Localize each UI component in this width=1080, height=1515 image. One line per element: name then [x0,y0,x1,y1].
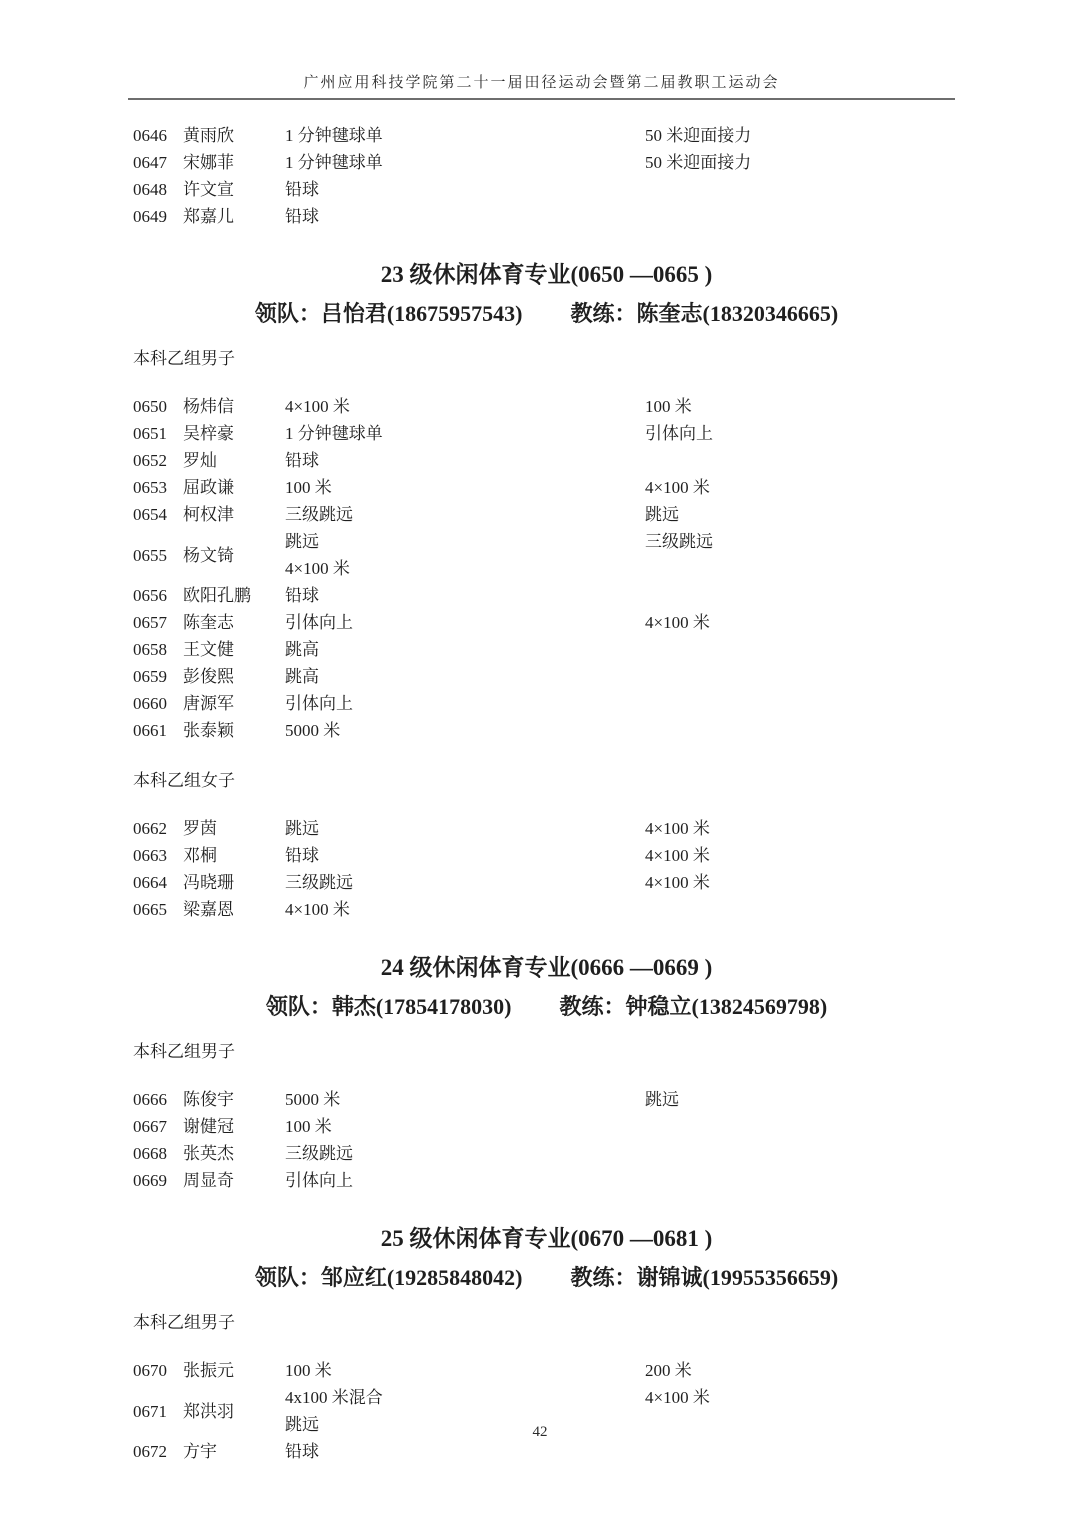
event-primary: 1 分钟毽球单 [285,420,645,447]
athlete-row: 0670 张振元 100 米 200 米 [133,1357,960,1384]
athlete-row: 0650 杨炜信 4×100 米 100 米 [133,393,960,420]
athlete-name: 欧阳孔鹏 [183,582,285,609]
athlete-row: 0672 方宇 铅球 [133,1438,960,1465]
event-secondary: 200 米 [645,1357,960,1384]
leader-info: 领队：邹应红(19285848042) [255,1258,523,1297]
athlete-name: 张振元 [183,1357,285,1384]
athlete-number: 0665 [133,896,183,923]
event-primary: 100 米 [285,1113,645,1140]
event-secondary: 4×100 米 [645,609,960,636]
athlete-name: 谢健冠 [183,1113,285,1140]
event-primary: 跳高 [285,636,645,663]
athlete-number: 0646 [133,122,183,149]
group-label: 本科乙组男子 [133,1310,960,1336]
athlete-group: 本科乙组女子 0662 罗茵 跳远 4×100 米 0663 邓桐 [133,768,960,923]
athlete-number: 0654 [133,501,183,528]
event-primary: 4×100 米 [285,393,645,420]
athlete-row: 0660 唐源军 引体向上 [133,690,960,717]
group-rows: 0666 陈俊宇 5000 米 跳远 0667 谢健冠 100 米 0668 [133,1086,960,1194]
athlete-row: 0667 谢健冠 100 米 [133,1113,960,1140]
athlete-name: 黄雨欣 [183,122,285,149]
event-primary: 三级跳远 [285,1140,645,1167]
athlete-name: 梁嘉恩 [183,896,285,923]
event-primary: 铅球 [285,1438,645,1465]
athlete-number: 0670 [133,1357,183,1384]
athlete-number: 0668 [133,1140,183,1167]
event-primary: 铅球 [285,203,645,230]
athlete-group: 本科乙组男子 0650 杨炜信 4×100 米 100 米 0651 吴梓豪 [133,346,960,744]
athlete-name: 冯晓珊 [183,869,285,896]
athlete-number: 0667 [133,1113,183,1140]
athlete-number: 0648 [133,176,183,203]
event-primary: 三级跳远 [285,869,645,896]
athlete-number: 0671 [133,1398,183,1425]
athlete-row: 0659 彭俊熙 跳高 [133,663,960,690]
athlete-number: 0647 [133,149,183,176]
athlete-number: 0662 [133,815,183,842]
group-label: 本科乙组男子 [133,346,960,372]
event-primary: 铅球 [285,582,645,609]
event-secondary: 引体向上 [645,420,960,447]
event-primary: 铅球 [285,842,645,869]
athlete-number: 0649 [133,203,183,230]
athlete-name: 许文宣 [183,176,285,203]
class-section: 24 级休闲体育专业(0666 —0669 ) 领队：韩杰(1785417803… [133,948,960,1194]
event-primary: 引体向上 [285,1167,645,1194]
athlete-name: 宋娜菲 [183,149,285,176]
event-primary: 引体向上 [285,690,645,717]
athlete-name: 邓桐 [183,842,285,869]
event-primary: 铅球 [285,176,645,203]
coach-info: 教练：谢锦诚(19955356659) [571,1258,839,1297]
athlete-name: 张英杰 [183,1140,285,1167]
athlete-number: 0655 [133,542,183,569]
athlete-name: 杨炜信 [183,393,285,420]
event-primary: 1 分钟毽球单 [285,149,645,176]
groups-list: 本科乙组男子 0670 张振元 100 米 200 米 0671 郑洪羽 [133,1310,960,1465]
event-primary: 1 分钟毽球单 [285,122,645,149]
event-primary: 铅球 [285,447,645,474]
athlete-number: 0658 [133,636,183,663]
event-primary: 跳远 [285,815,645,842]
athlete-row: 0652 罗灿 铅球 [133,447,960,474]
athlete-number: 0669 [133,1167,183,1194]
athlete-number: 0656 [133,582,183,609]
athlete-name: 柯权津 [183,501,285,528]
event-primary: 100 米 [285,1357,645,1384]
athlete-row: 0648 许文宣 铅球 [133,176,960,203]
athlete-row: 0669 周显奇 引体向上 [133,1167,960,1194]
athlete-name: 陈俊宇 [183,1086,285,1113]
athlete-name: 郑洪羽 [183,1398,285,1425]
athlete-number: 0650 [133,393,183,420]
groups-list: 本科乙组男子 0650 杨炜信 4×100 米 100 米 0651 吴梓豪 [133,346,960,923]
coach-info: 教练：钟稳立(13824569798) [560,987,828,1026]
header-title: 广州应用科技学院第二十一届田径运动会暨第二届教职工运动会 [303,75,779,91]
event-primary: 跳高 [285,663,645,690]
group-rows: 0662 罗茵 跳远 4×100 米 0663 邓桐 铅球 4×100 米 06… [133,815,960,923]
athlete-name: 周显奇 [183,1167,285,1194]
group-label: 本科乙组女子 [133,768,960,794]
event-primary: 引体向上 [285,609,645,636]
event-secondary: 跳远 [645,1086,960,1113]
athlete-name: 王文健 [183,636,285,663]
sections-list: 23 级休闲体育专业(0650 —0665 ) 领队：吕怡君(186759575… [133,255,960,1465]
page-header: 广州应用科技学院第二十一届田径运动会暨第二届教职工运动会 [128,0,955,100]
athlete-row: 0654 柯权津 三级跳远 跳远 [133,501,960,528]
athlete-group: 本科乙组男子 0666 陈俊宇 5000 米 跳远 0667 谢健冠 [133,1039,960,1194]
event-secondary: 4×100 米 [645,474,960,501]
section-title: 25 级休闲体育专业(0670 —0681 ) [133,1219,960,1258]
event-primary: 5000 米 [285,717,645,744]
class-section: 23 级休闲体育专业(0650 —0665 ) 领队：吕怡君(186759575… [133,255,960,923]
athlete-row: 0664 冯晓珊 三级跳远 4×100 米 [133,869,960,896]
athlete-row: 0646 黄雨欣 1 分钟毽球单 50 米迎面接力 [133,122,960,149]
event-secondary: 100 米 [645,393,960,420]
athlete-name: 屈政谦 [183,474,285,501]
athlete-row: 0656 欧阳孔鹏 铅球 [133,582,960,609]
athlete-row: 0658 王文健 跳高 [133,636,960,663]
athlete-number: 0664 [133,869,183,896]
athlete-row: 0662 罗茵 跳远 4×100 米 [133,815,960,842]
athlete-number: 0672 [133,1438,183,1465]
athlete-name: 罗灿 [183,447,285,474]
athlete-name: 张泰颖 [183,717,285,744]
athlete-name: 杨文锜 [183,542,285,569]
athlete-number: 0657 [133,609,183,636]
athlete-row: 0647 宋娜菲 1 分钟毽球单 50 米迎面接力 [133,149,960,176]
page-content: 0646 黄雨欣 1 分钟毽球单 50 米迎面接力 0647 宋娜菲 1 分钟毽… [0,122,1080,1465]
athlete-number: 0663 [133,842,183,869]
athlete-number: 0652 [133,447,183,474]
athlete-name: 彭俊熙 [183,663,285,690]
event-primary: 4×100 米 [285,896,645,923]
coach-info: 教练：陈奎志(18320346665) [571,294,839,333]
athlete-name: 唐源军 [183,690,285,717]
groups-list: 本科乙组男子 0666 陈俊宇 5000 米 跳远 0667 谢健冠 [133,1039,960,1194]
section-staff: 领队：韩杰(17854178030) 教练：钟稳立(13824569798) [133,987,960,1026]
event-secondary: 4×100 米 [645,815,960,842]
athlete-number: 0651 [133,420,183,447]
athlete-name: 郑嘉儿 [183,203,285,230]
event-secondary: 4×100 米 [645,869,960,896]
athlete-row: 0665 梁嘉恩 4×100 米 [133,896,960,923]
athlete-row: 0655 杨文锜 跳远 4×100 米 三级跳远 [133,528,960,582]
athlete-row: 0651 吴梓豪 1 分钟毽球单 引体向上 [133,420,960,447]
athlete-row: 0668 张英杰 三级跳远 [133,1140,960,1167]
athlete-number: 0666 [133,1086,183,1113]
athlete-name: 吴梓豪 [183,420,285,447]
event-primary: 100 米 [285,474,645,501]
athlete-row: 0661 张泰颖 5000 米 [133,717,960,744]
athlete-name: 罗茵 [183,815,285,842]
leader-info: 领队：韩杰(17854178030) [266,987,512,1026]
athlete-number: 0653 [133,474,183,501]
page-footer: 42 [0,1424,1080,1441]
section-title: 23 级休闲体育专业(0650 —0665 ) [133,255,960,294]
athlete-row: 0653 屈政谦 100 米 4×100 米 [133,474,960,501]
page-number: 42 [533,1424,548,1440]
section-title: 24 级休闲体育专业(0666 —0669 ) [133,948,960,987]
athlete-name: 方宇 [183,1438,285,1465]
document-page: 广州应用科技学院第二十一届田径运动会暨第二届教职工运动会 0646 黄雨欣 1 … [0,0,1080,1515]
group-label: 本科乙组男子 [133,1039,960,1065]
athlete-row: 0663 邓桐 铅球 4×100 米 [133,842,960,869]
event-secondary: 50 米迎面接力 [645,149,960,176]
event-primary: 5000 米 [285,1086,645,1113]
event-secondary: 4×100 米 [645,1384,960,1411]
event-secondary: 三级跳远 [645,528,960,555]
section-staff: 领队：吕怡君(18675957543) 教练：陈奎志(18320346665) [133,294,960,333]
athlete-row: 0666 陈俊宇 5000 米 跳远 [133,1086,960,1113]
event-secondary: 50 米迎面接力 [645,122,960,149]
group-rows: 0670 张振元 100 米 200 米 0671 郑洪羽 4x100 米混合 … [133,1357,960,1465]
event-primary: 跳远 4×100 米 [285,528,645,582]
athlete-number: 0659 [133,663,183,690]
athlete-number: 0660 [133,690,183,717]
event-secondary: 跳远 [645,501,960,528]
athlete-number: 0661 [133,717,183,744]
continued-rows: 0646 黄雨欣 1 分钟毽球单 50 米迎面接力 0647 宋娜菲 1 分钟毽… [133,122,960,230]
leader-info: 领队：吕怡君(18675957543) [255,294,523,333]
athlete-row: 0649 郑嘉儿 铅球 [133,203,960,230]
group-rows: 0650 杨炜信 4×100 米 100 米 0651 吴梓豪 1 分钟毽球单 … [133,393,960,744]
athlete-group: 本科乙组男子 0670 张振元 100 米 200 米 0671 郑洪羽 [133,1310,960,1465]
event-primary: 三级跳远 [285,501,645,528]
athlete-name: 陈奎志 [183,609,285,636]
section-staff: 领队：邹应红(19285848042) 教练：谢锦诚(19955356659) [133,1258,960,1297]
event-secondary: 4×100 米 [645,842,960,869]
athlete-row: 0657 陈奎志 引体向上 4×100 米 [133,609,960,636]
